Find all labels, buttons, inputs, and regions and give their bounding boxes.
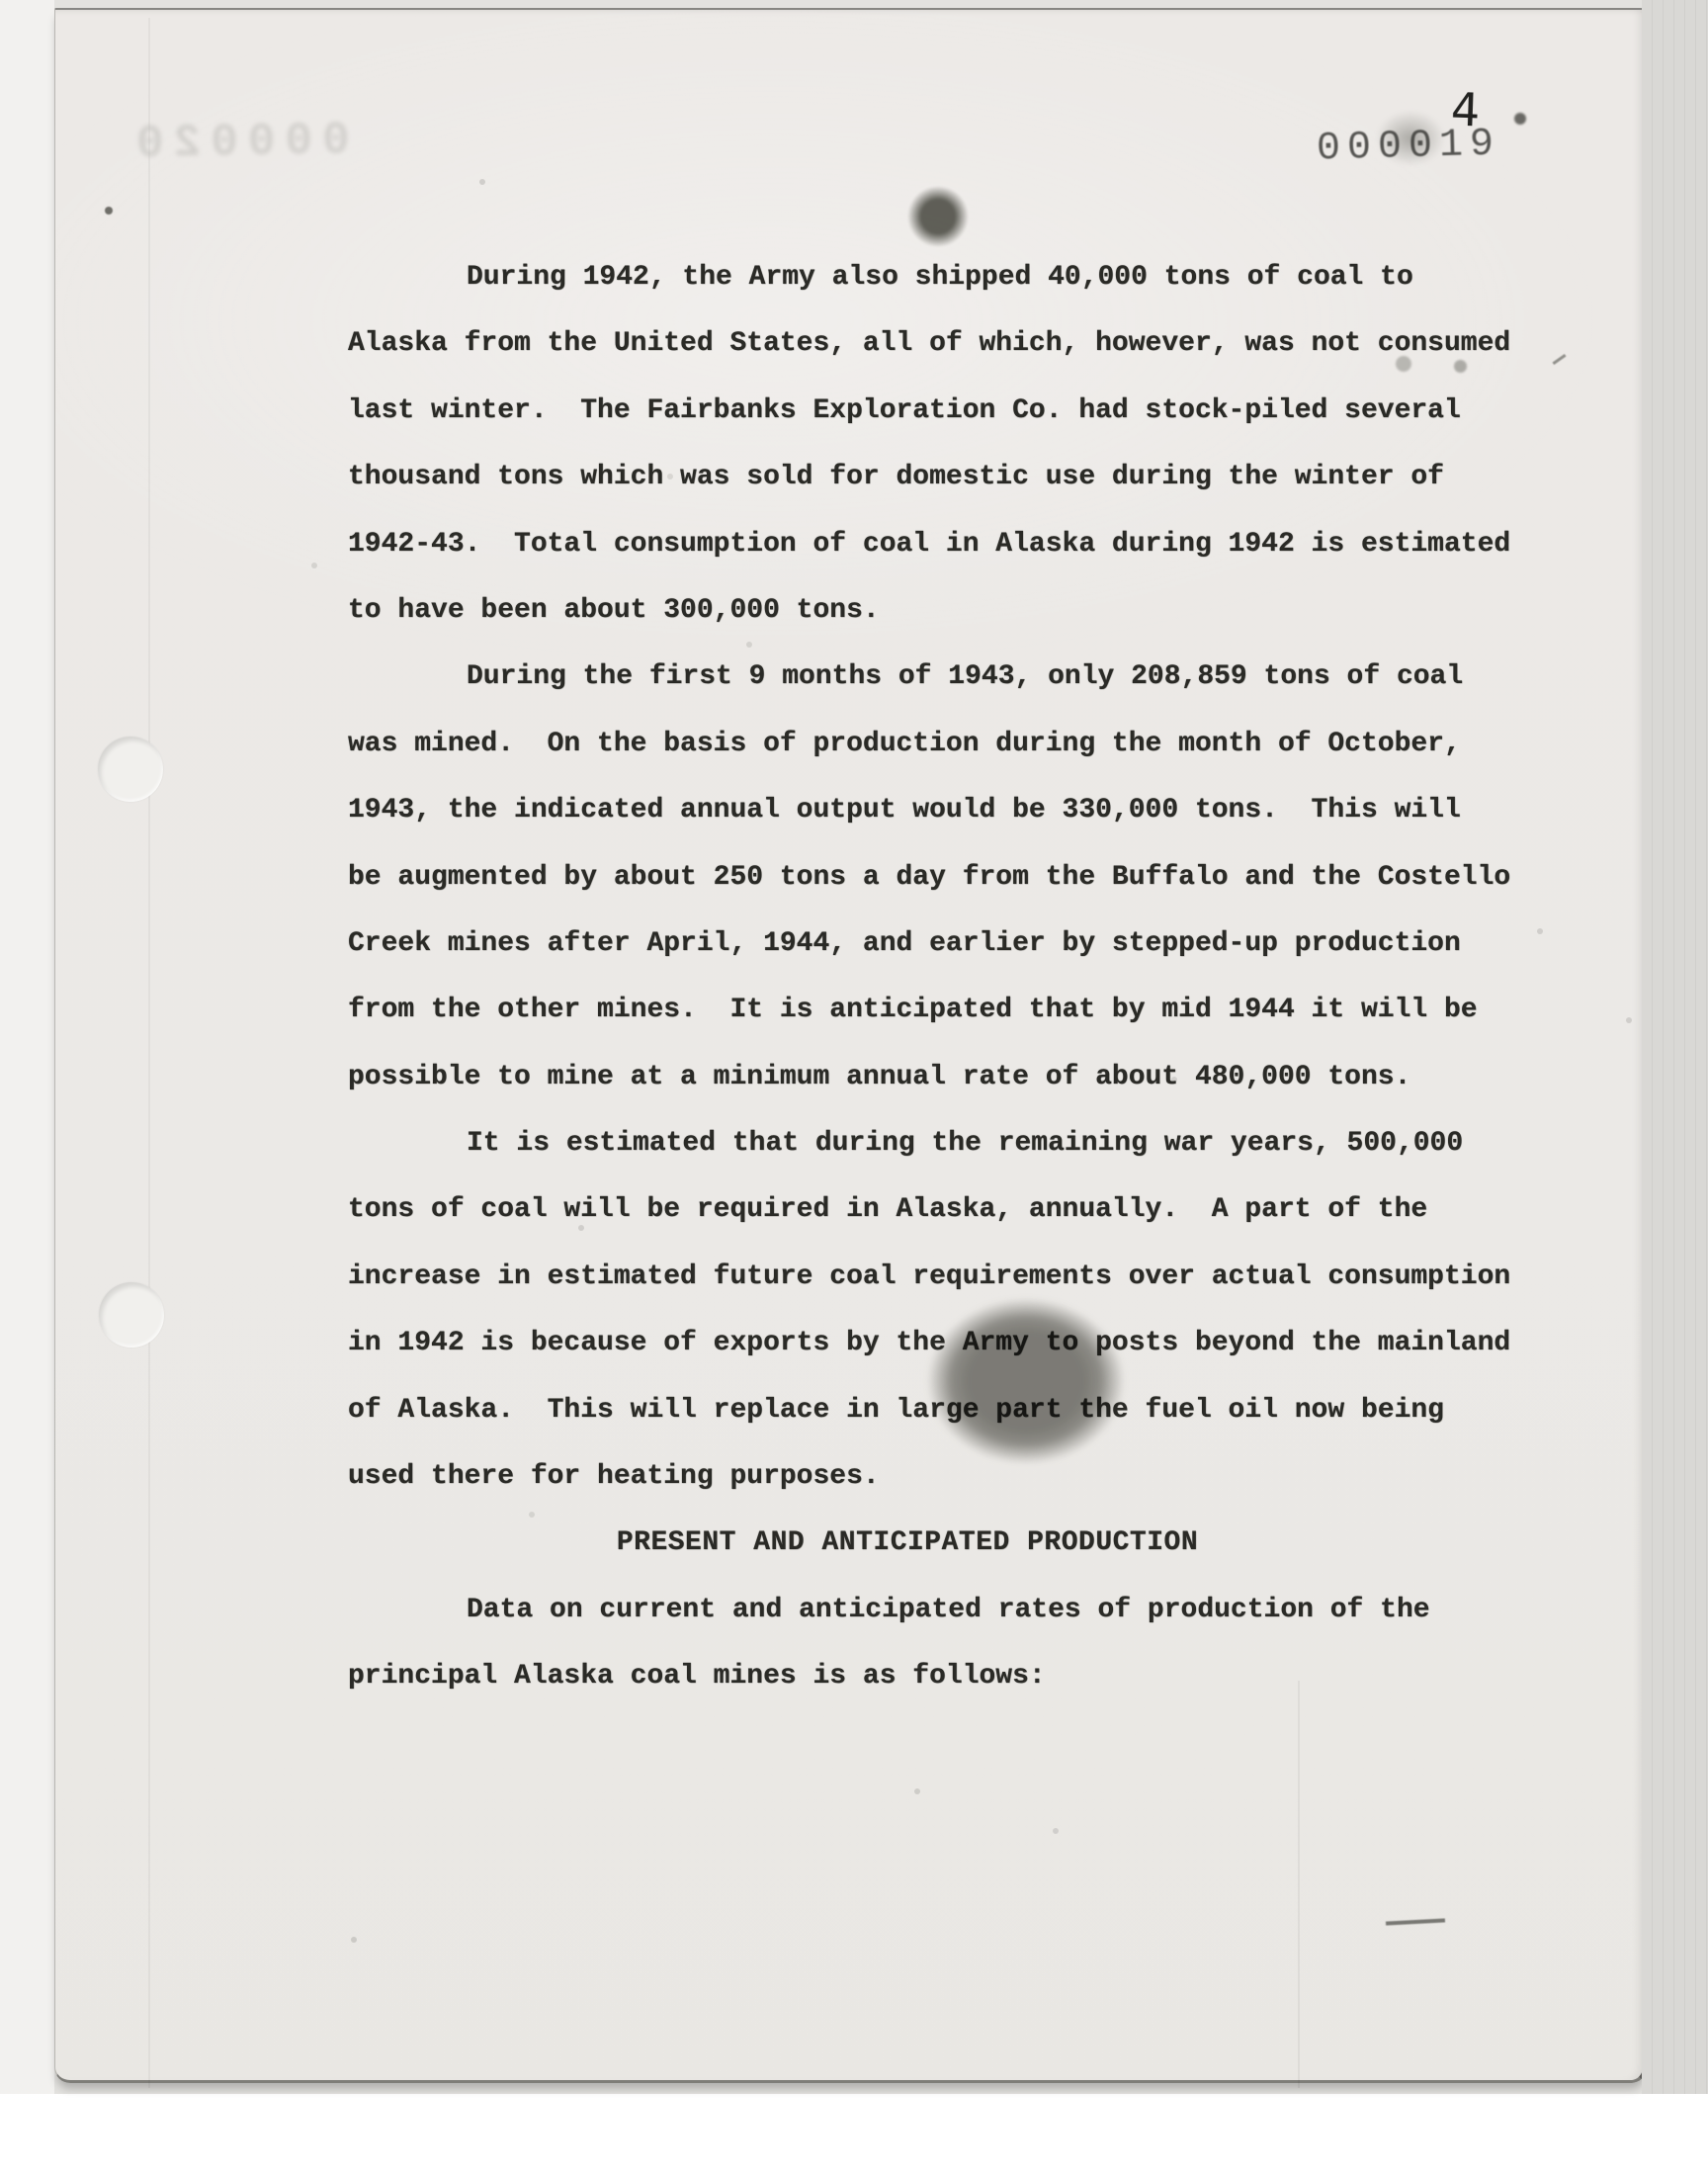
punch-hole-top [98,737,163,802]
text-line: tons of coal will be required in Alaska,… [348,1176,1524,1243]
paper-specks [55,10,59,14]
scan-streak-line [1298,1681,1300,2088]
text-line: from the other mines. It is anticipated … [348,977,1524,1043]
text-line: be augmented by about 250 tons a day fro… [348,844,1524,911]
text-line: 1943, the indicated annual output would … [348,777,1524,843]
text-line: was mined. On the basis of production du… [348,711,1524,777]
smudge-dot-right [1454,360,1467,373]
ink-dot-top-center [907,186,969,247]
text-line: principal Alaska coal mines is as follow… [348,1643,1524,1709]
document-lines: During 1942, the Army also shipped 40,00… [348,244,1524,1710]
ink-dot-top-right [1514,113,1526,125]
text-line: 1942-43. Total consumption of coal in Al… [348,511,1524,577]
scanner-left-margin [0,0,54,2094]
scanned-document-page: 000020 000019 4 During 1942, the Army al… [0,0,1708,2175]
smudge-dot-left [1396,356,1411,372]
text-line: possible to mine at a minimum annual rat… [348,1044,1524,1110]
bleed-through-stamp-number: 000020 [127,115,351,170]
speck-left-margin [105,207,113,215]
text-line: Data on current and anticipated rates of… [348,1577,1524,1643]
text-line: used there for heating purposes. [348,1443,1524,1510]
text-line: increase in estimated future coal requir… [348,1244,1524,1310]
text-line: to have been about 300,000 tons. [348,577,1524,644]
text-line: During 1942, the Army also shipped 40,00… [348,244,1524,310]
text-line: Alaska from the United States, all of wh… [348,310,1524,377]
page-right-edge-strip [1642,0,1708,2094]
handwritten-page-number: 4 [1450,83,1481,137]
punch-hole-bottom [99,1282,164,1348]
text-line: It is estimated that during the remainin… [348,1110,1524,1176]
text-line: Creek mines after April, 1944, and earli… [348,911,1524,977]
section-heading: PRESENT AND ANTICIPATED PRODUCTION [348,1510,1524,1576]
text-line: thousand tons which was sold for domesti… [348,444,1524,510]
ink-stain-large [927,1298,1125,1464]
text-line: last winter. The Fairbanks Exploration C… [348,378,1524,444]
paper-crease-line [148,18,150,2088]
text-line: During the first 9 months of 1943, only … [348,644,1524,710]
